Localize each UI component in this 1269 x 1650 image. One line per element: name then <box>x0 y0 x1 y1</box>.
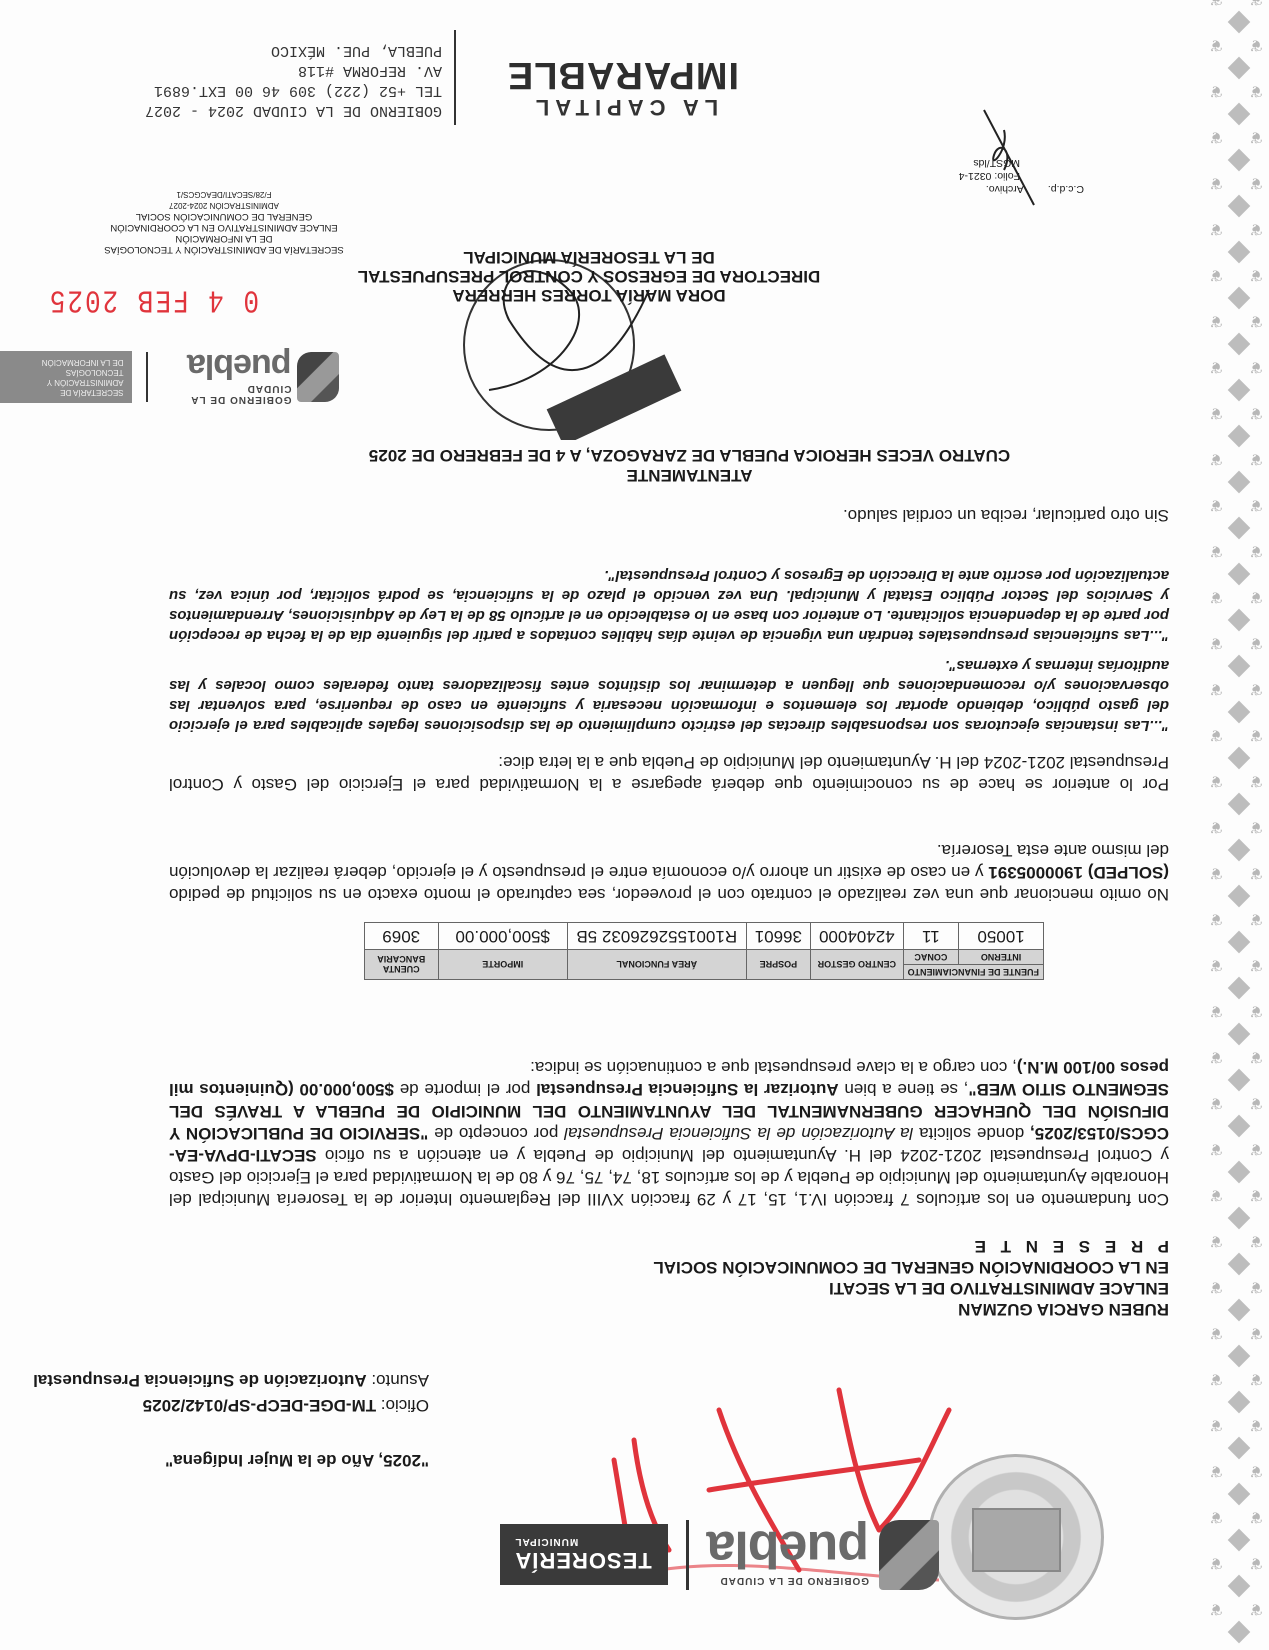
signer-title: DIRECTORA DE EGRESOS Y CONTROL PRESUPUES… <box>309 267 869 286</box>
recipient-block: RUBEN GARCIA GUZMAN ENLACE ADMINISTRATIV… <box>653 1236 1169 1320</box>
border-sprig-icon: ❦ <box>1247 1140 1265 1158</box>
received-logo: GOBIERNO DE LA CIUDAD puebla SECRETARÍA … <box>0 349 339 405</box>
border-sprig-icon: ❦ <box>1247 404 1265 422</box>
budget-key-table: FUENTE DE FINANCIAMIENTO CENTRO GESTOR P… <box>364 922 1044 980</box>
border-sprig-icon: ❦ <box>1247 956 1265 974</box>
border-sprig-icon: ❦ <box>1207 82 1225 100</box>
border-diamond-icon <box>1228 609 1251 632</box>
border-sprig-icon: ❦ <box>1247 358 1265 376</box>
border-sprig-icon: ❦ <box>1207 358 1225 376</box>
table-row: 10050 11 42404000 36601 R1001552626032 5… <box>364 923 1043 950</box>
border-diamond-icon <box>1228 977 1251 1000</box>
recipient-name: RUBEN GARCIA GUZMAN <box>653 1299 1169 1320</box>
border-sprig-icon: ❦ <box>1207 1048 1225 1066</box>
border-sprig-icon: ❦ <box>1247 1324 1265 1342</box>
header-centro-gestor: CENTRO GESTOR <box>811 950 904 980</box>
cell-posfre: 36601 <box>746 923 810 950</box>
atentamente: ATENTAMENTE <box>55 465 1269 485</box>
border-sprig-icon: ❦ <box>1247 82 1265 100</box>
border-sprig-icon: ❦ <box>1207 864 1225 882</box>
border-sprig-icon: ❦ <box>1247 588 1265 606</box>
border-diamond-icon <box>1228 241 1251 264</box>
border-sprig-icon: ❦ <box>1247 128 1265 146</box>
border-diamond-icon <box>1228 655 1251 678</box>
border-sprig-icon: ❦ <box>1207 1232 1225 1250</box>
border-diamond-icon <box>1228 839 1251 862</box>
border-sprig-icon: ❦ <box>1247 634 1265 652</box>
header-cuenta-bancaria: CUENTA BANCARIA <box>364 950 438 980</box>
cell-interno: 10050 <box>959 923 1044 950</box>
border-sprig-icon: ❦ <box>1207 128 1225 146</box>
border-sprig-icon: ❦ <box>1207 1370 1225 1388</box>
puebla-emblem-small-icon <box>297 352 339 402</box>
signer-name: DORA MARÍA TORRES HERRERA <box>309 286 869 305</box>
border-diamond-icon <box>1228 1529 1251 1552</box>
border-sprig-icon: ❦ <box>1207 1186 1225 1204</box>
recipient-title-1: ENLACE ADMINISTRATIVO DE LA SECATI <box>653 1278 1169 1299</box>
border-sprig-icon: ❦ <box>1207 1508 1225 1526</box>
border-diamond-icon <box>1228 103 1251 126</box>
border-sprig-icon: ❦ <box>1247 864 1265 882</box>
border-sprig-icon: ❦ <box>1247 1554 1265 1572</box>
border-sprig-icon: ❦ <box>1207 1278 1225 1296</box>
receipt-stamp-text: SECRETARÍA DE ADMINISTRACIÓN Y TECNOLOGÍ… <box>59 189 389 255</box>
border-sprig-icon: ❦ <box>1207 36 1225 54</box>
border-sprig-icon: ❦ <box>1207 496 1225 514</box>
border-sprig-icon: ❦ <box>1207 634 1225 652</box>
border-diamond-icon <box>1228 287 1251 310</box>
border-sprig-icon: ❦ <box>1247 0 1265 8</box>
header-logo: GOBIERNO DE LA CIUDAD puebla TESORERÍA M… <box>500 1520 939 1590</box>
border-sprig-icon: ❦ <box>1207 1416 1225 1434</box>
border-diamond-icon <box>1228 1621 1251 1644</box>
border-diamond-icon <box>1228 333 1251 356</box>
border-sprig-icon: ❦ <box>1207 726 1225 744</box>
header-conac: CONAC <box>903 950 958 965</box>
border-sprig-icon: ❦ <box>1207 404 1225 422</box>
border-sprig-icon: ❦ <box>1207 312 1225 330</box>
border-sprig-icon: ❦ <box>1207 266 1225 284</box>
border-sprig-icon: ❦ <box>1207 1324 1225 1342</box>
header-area-funcional: ÁREA FUNCIONAL <box>567 950 746 980</box>
border-diamond-icon <box>1228 57 1251 80</box>
salutation: P R E S E N T E <box>653 1236 1169 1257</box>
solped-number: (SOLPED) 1900005391 <box>988 863 1169 882</box>
border-sprig-icon: ❦ <box>1247 496 1265 514</box>
border-diamond-icon <box>1228 195 1251 218</box>
border-diamond-icon <box>1228 931 1251 954</box>
received-box: SECRETARÍA DE ADMINISTRACIÓN Y TECNOLOGÍ… <box>0 351 132 403</box>
border-diamond-icon <box>1228 1115 1251 1138</box>
border-diamond-icon <box>1228 425 1251 448</box>
border-sprig-icon: ❦ <box>1207 174 1225 192</box>
cell-cuenta-bancaria: 3069 <box>364 923 438 950</box>
paragraph-normativity: Por lo anterior se hace de su conocimien… <box>169 751 1169 795</box>
brand-wordmark-small: puebla <box>162 349 291 383</box>
border-diamond-icon <box>1228 1161 1251 1184</box>
header-importe: IMPORTE <box>438 950 567 980</box>
slogan-top: LA CAPITAL <box>509 94 739 120</box>
border-diamond-icon <box>1228 149 1251 172</box>
border-sprig-icon: ❦ <box>1247 818 1265 836</box>
border-diamond-icon <box>1228 1437 1251 1460</box>
border-diamond-icon <box>1228 1391 1251 1414</box>
border-diamond-icon <box>1228 747 1251 770</box>
footer-divider <box>454 30 456 125</box>
border-diamond-icon <box>1228 1023 1251 1046</box>
header-interno: INTERNO <box>959 950 1044 965</box>
border-sprig-icon: ❦ <box>1247 542 1265 560</box>
border-sprig-icon: ❦ <box>1207 680 1225 698</box>
border-sprig-icon: ❦ <box>1247 1186 1265 1204</box>
oficio-label: Oficio: <box>381 1396 429 1415</box>
signer-department: DE LA TESORERÍA MUNICIPAL <box>309 248 869 267</box>
cell-importe: $500,000.00 <box>438 923 567 950</box>
gov-label-small: GOBIERNO DE LA CIUDAD <box>162 383 291 405</box>
border-sprig-icon: ❦ <box>1207 1600 1225 1618</box>
footer-slogan-logo: LA CAPITAL IMPARABLE <box>509 56 739 120</box>
asunto-line: Asunto: Autorización de Suficiencia Pres… <box>33 1370 429 1390</box>
received-date-stamp: 0 4 FEB 2025 <box>48 282 259 318</box>
border-sprig-icon: ❦ <box>1247 1600 1265 1618</box>
border-diamond-icon <box>1228 11 1251 34</box>
border-sprig-icon: ❦ <box>1247 220 1265 238</box>
border-diamond-icon <box>1228 379 1251 402</box>
border-sprig-icon: ❦ <box>1247 1094 1265 1112</box>
asunto-label: Asunto: <box>371 1371 429 1390</box>
border-diamond-icon <box>1228 793 1251 816</box>
paragraph-foundation: Con fundamento en los artículos 7 fracci… <box>169 1056 1169 1210</box>
unit-title: TESORERÍA <box>514 1548 654 1574</box>
decorative-border: ❦❦❦❦❦❦❦❦❦❦❦❦❦❦❦❦❦❦❦❦❦❦❦❦❦❦❦❦❦❦❦❦❦❦❦❦❦❦❦❦… <box>1199 0 1269 1650</box>
border-sprig-icon: ❦ <box>1247 1416 1265 1434</box>
border-diamond-icon <box>1228 517 1251 540</box>
puebla-emblem-icon <box>879 1520 939 1590</box>
border-diamond-icon <box>1228 1345 1251 1368</box>
cell-centro-gestor: 42404000 <box>811 923 904 950</box>
border-sprig-icon: ❦ <box>1247 1508 1265 1526</box>
oficio-number: TM-DGE-DECP-SP/0142/2025 <box>143 1396 376 1415</box>
border-sprig-icon: ❦ <box>1207 0 1225 8</box>
border-sprig-icon: ❦ <box>1247 1232 1265 1250</box>
border-sprig-icon: ❦ <box>1247 266 1265 284</box>
slogan-main: IMPARABLE <box>509 56 739 94</box>
border-sprig-icon: ❦ <box>1247 772 1265 790</box>
cell-conac: 11 <box>903 923 958 950</box>
ccp-label: C.c.d.p. <box>1048 182 1084 195</box>
year-motto: "2025, Año de la Mujer Indígena" <box>165 1450 429 1470</box>
border-sprig-icon: ❦ <box>1207 1094 1225 1112</box>
quote-validity: "...Las suficiencias presupuestales tend… <box>169 565 1169 645</box>
footer-address: GOBIERNO DE LA CIUDAD 2024 - 2027 TEL +5… <box>145 40 442 120</box>
tesoreria-badge: TESORERÍA MUNICIPAL <box>500 1525 668 1586</box>
quote-responsibility: "...Las instancias ejecutoras son respon… <box>169 655 1169 735</box>
border-sprig-icon: ❦ <box>1207 772 1225 790</box>
border-sprig-icon: ❦ <box>1247 1002 1265 1020</box>
border-diamond-icon <box>1228 1483 1251 1506</box>
border-sprig-icon: ❦ <box>1247 36 1265 54</box>
border-sprig-icon: ❦ <box>1207 542 1225 560</box>
border-sprig-icon: ❦ <box>1207 818 1225 836</box>
border-sprig-icon: ❦ <box>1207 1140 1225 1158</box>
border-diamond-icon <box>1228 1299 1251 1322</box>
border-sprig-icon: ❦ <box>1247 1462 1265 1480</box>
border-sprig-icon: ❦ <box>1207 588 1225 606</box>
scanned-letter-page: ❦❦❦❦❦❦❦❦❦❦❦❦❦❦❦❦❦❦❦❦❦❦❦❦❦❦❦❦❦❦❦❦❦❦❦❦❦❦❦❦… <box>0 0 1269 1650</box>
border-diamond-icon <box>1228 885 1251 908</box>
border-sprig-icon: ❦ <box>1207 1002 1225 1020</box>
border-sprig-icon: ❦ <box>1247 1370 1265 1388</box>
border-sprig-icon: ❦ <box>1207 1554 1225 1572</box>
city-date: CUATRO VECES HEROICA PUEBLA DE ZARAGOZA,… <box>55 445 1269 465</box>
border-sprig-icon: ❦ <box>1247 680 1265 698</box>
border-sprig-icon: ❦ <box>1247 312 1265 330</box>
recipient-title-2: EN LA COORDINACIÓN GENERAL DE COMUNICACI… <box>653 1257 1169 1278</box>
border-sprig-icon: ❦ <box>1207 910 1225 928</box>
border-diamond-icon <box>1228 1253 1251 1276</box>
unit-subtitle: MUNICIPAL <box>514 1537 654 1548</box>
border-diamond-icon <box>1228 1575 1251 1598</box>
oficio-line: Oficio: TM-DGE-DECP-SP/0142/2025 <box>143 1395 429 1415</box>
signer-block: DORA MARÍA TORRES HERRERA DIRECTORA DE E… <box>309 248 869 305</box>
border-sprig-icon: ❦ <box>1247 1278 1265 1296</box>
paragraph-solped: No omito mencionar que una vez realizado… <box>169 839 1169 905</box>
border-sprig-icon: ❦ <box>1207 1462 1225 1480</box>
border-sprig-icon: ❦ <box>1247 726 1265 744</box>
cell-area-funcional: R1001552626032 5B <box>567 923 746 950</box>
border-sprig-icon: ❦ <box>1247 174 1265 192</box>
border-sprig-icon: ❦ <box>1207 956 1225 974</box>
initial-signature <box>964 100 1044 210</box>
border-sprig-icon: ❦ <box>1207 220 1225 238</box>
border-diamond-icon <box>1228 1069 1251 1092</box>
border-diamond-icon <box>1228 563 1251 586</box>
header-fuente: FUENTE DE FINANCIAMIENTO <box>903 965 1043 980</box>
brand-wordmark: puebla <box>707 1524 869 1576</box>
border-diamond-icon <box>1228 701 1251 724</box>
border-sprig-icon: ❦ <box>1247 1048 1265 1066</box>
asunto-value: Autorización de Suficiencia Presupuestal <box>33 1371 366 1390</box>
border-diamond-icon <box>1228 1207 1251 1230</box>
header-posfre: POSPRE <box>746 950 810 980</box>
border-sprig-icon: ❦ <box>1247 910 1265 928</box>
closing-text: Sin otro particular, reciba un cordial s… <box>843 505 1169 525</box>
